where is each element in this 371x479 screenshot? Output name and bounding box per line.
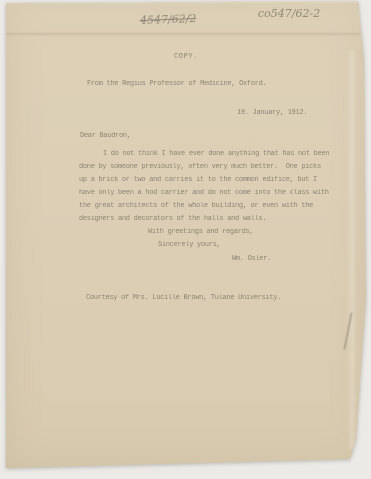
signature: Wm. Osler.	[232, 254, 271, 264]
handwritten-ref-right: co547/62-2	[258, 7, 320, 20]
paper-edge-highlight	[350, 50, 354, 450]
closing-regards: With greetings and regards,	[148, 227, 253, 237]
salutation: Dear Baudron,	[80, 131, 131, 141]
fold-line	[6, 33, 360, 35]
closing-sincerely: Sincerely yours,	[158, 240, 220, 250]
body-line: I do not think I have ever done anything…	[103, 149, 329, 159]
date-line: 19. January, 1912.	[237, 108, 307, 118]
credit-line: Courtesy of Mrs. Lucille Brown, Tulane U…	[86, 293, 281, 303]
body-line: have only been a hod carrier and do not …	[79, 188, 329, 198]
body-line: done by someone previously, often very m…	[79, 162, 321, 172]
copy-heading: COPY.	[174, 52, 198, 62]
paper-sheet: 4547/62/2 co547/62-2 COPY. From the Regi…	[0, 0, 371, 479]
from-line: From the Regius Professor of Medicine, O…	[87, 79, 266, 89]
body-line: the great architects of the whole buildi…	[79, 201, 313, 211]
handwritten-ref-left: 4547/62/2	[140, 12, 197, 27]
paper-shadow: 4547/62/2 co547/62-2 COPY. From the Regi…	[0, 0, 371, 479]
scanned-letter-page: 4547/62/2 co547/62-2 COPY. From the Regi…	[0, 0, 371, 479]
body-line: designers and decorators of the halls an…	[79, 214, 266, 224]
body-line: up a brick or two and carries it to the …	[79, 175, 317, 185]
